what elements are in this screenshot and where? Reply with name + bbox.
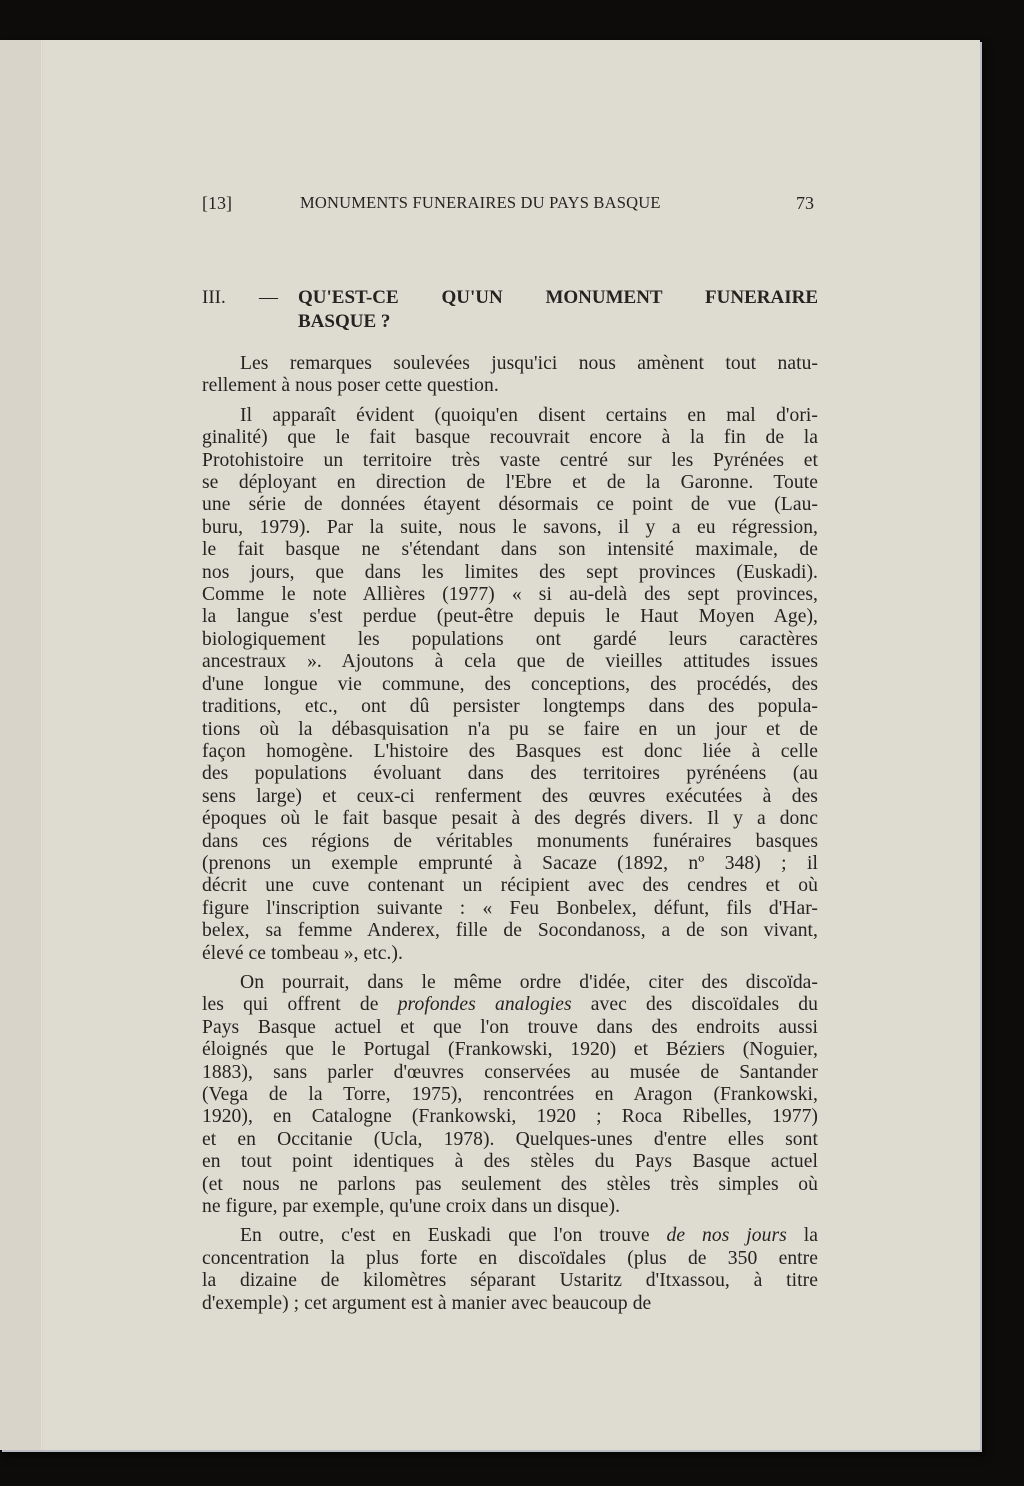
text-line: Protohistoire un territoire très vaste c… <box>202 450 818 472</box>
text-line: traditions, etc., ont dû persister longt… <box>202 696 818 718</box>
italic-emphasis: de nos jours <box>667 1225 787 1246</box>
paragraph: En outre, c'est en Euskadi que l'on trou… <box>202 1225 818 1315</box>
body-text: Les remarques soulevées jusqu'ici nous a… <box>202 353 818 1322</box>
text-line: d'une longue vie commune, des conception… <box>202 674 818 696</box>
paragraph: Il apparaît évident (quoiqu'en disent ce… <box>202 405 818 965</box>
book-page: [13] MONUMENTS FUNERAIRES DU PAYS BASQUE… <box>0 40 980 1450</box>
text-line: figure l'inscription suivante : « Feu Bo… <box>202 898 818 920</box>
text-line: les qui offrent de profondes analogies a… <box>202 994 818 1016</box>
text-line: décrit une cuve contenant un récipient a… <box>202 875 818 897</box>
text-line: On pourrait, dans le même ordre d'idée, … <box>202 972 818 994</box>
text-line: le fait basque ne s'étendant dans son in… <box>202 539 818 561</box>
paragraph: On pourrait, dans le même ordre d'idée, … <box>202 972 818 1218</box>
text-line: nos jours, que dans les limites des sept… <box>202 562 818 584</box>
paragraph: Les remarques soulevées jusqu'ici nous a… <box>202 353 818 398</box>
text-line: ginalité) que le fait basque recouvrait … <box>202 427 818 449</box>
text-line: Comme le note Allières (1977) « si au-de… <box>202 584 818 606</box>
text-line: biologiquement les populations ont gardé… <box>202 629 818 651</box>
text-line: Les remarques soulevées jusqu'ici nous a… <box>202 353 818 375</box>
section-dash: — <box>259 286 278 310</box>
italic-emphasis: profondes analogies <box>398 994 572 1015</box>
facing-page-edge <box>0 40 40 1450</box>
text-line: en tout point identiques à des stèles du… <box>202 1151 818 1173</box>
text-line: 1883), sans parler d'œuvres conservées a… <box>202 1062 818 1084</box>
text-line: buru, 1979). Par la suite, nous le savon… <box>202 517 818 539</box>
text-line: ancestraux ». Ajoutons à cela que de vie… <box>202 651 818 673</box>
text-line: une série de données étayent désormais c… <box>202 494 818 516</box>
text-line: et en Occitanie (Ucla, 1978). Quelques-u… <box>202 1129 818 1151</box>
text-line: Il apparaît évident (quoiqu'en disent ce… <box>202 405 818 427</box>
section-title: QU'EST-CE QU'UN MONUMENT FUNERAIRE BASQU… <box>298 286 818 334</box>
section-title-line-1: QU'EST-CE QU'UN MONUMENT FUNERAIRE <box>298 286 818 310</box>
text-line: époques où le fait basque pesait à des d… <box>202 808 818 830</box>
text-line: tions où la débasquisation n'a pu se fai… <box>202 719 818 741</box>
text-line: éloignés que le Portugal (Frankowski, 19… <box>202 1039 818 1061</box>
section-title-line-2: BASQUE ? <box>298 311 390 332</box>
text-line: 1920), en Catalogne (Frankowski, 1920 ; … <box>202 1106 818 1128</box>
text-line: dans ces régions de véritables monuments… <box>202 831 818 853</box>
text-line: Pays Basque actuel et que l'on trouve da… <box>202 1017 818 1039</box>
text-line: se déployant en direction de l'Ebre et d… <box>202 472 818 494</box>
text-line: d'exemple) ; cet argument est à manier a… <box>202 1293 818 1315</box>
text-line: des populations évoluant dans des territ… <box>202 763 818 785</box>
text-line: concentration la plus forte en discoïdal… <box>202 1248 818 1270</box>
text-line: façon homogène. L'histoire des Basques e… <box>202 741 818 763</box>
text-line: la dizaine de kilomètres séparant Ustari… <box>202 1270 818 1292</box>
text-line: (Vega de la Torre, 1975), rencontrées en… <box>202 1084 818 1106</box>
text-line: rellement à nous poser cette question. <box>202 375 818 397</box>
text-line: En outre, c'est en Euskadi que l'on trou… <box>202 1225 818 1247</box>
text-line: la langue s'est perdue (peut-être depuis… <box>202 606 818 628</box>
section-numeral: III. <box>202 286 226 310</box>
text-line: (prenons un exemple emprunté à Sacaze (1… <box>202 853 818 875</box>
section-number: [13] <box>202 190 232 216</box>
text-line: sens large) et ceux-ci renferment des œu… <box>202 786 818 808</box>
text-line: belex, sa femme Anderex, fille de Socond… <box>202 920 818 942</box>
text-line: ne figure, par exemple, qu'une croix dan… <box>202 1196 818 1218</box>
text-line: élevé ce tombeau », etc.). <box>202 943 818 965</box>
running-title: MONUMENTS FUNERAIRES DU PAYS BASQUE <box>300 190 661 216</box>
running-head: [13] MONUMENTS FUNERAIRES DU PAYS BASQUE… <box>202 190 818 216</box>
text-line: (et nous ne parlons pas seulement des st… <box>202 1174 818 1196</box>
book-gutter <box>40 40 43 1450</box>
page-number: 73 <box>796 190 814 216</box>
